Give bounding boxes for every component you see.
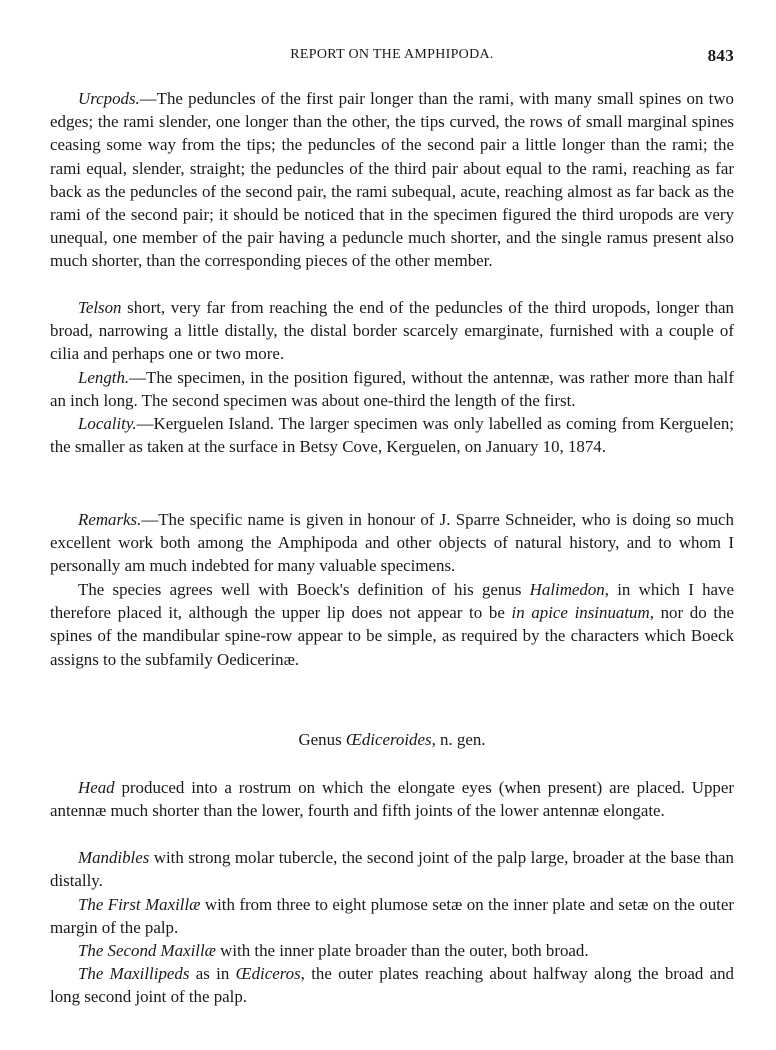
paragraph-head: Head produced into a rostrum on which th…: [50, 776, 734, 822]
label-second-maxillae: The Second Maxillæ: [78, 941, 216, 960]
genus-heading: Genus Œdiceroides, n. gen.: [50, 730, 734, 750]
running-title: REPORT ON THE AMPHIPODA.: [50, 47, 734, 63]
label-length: Length.: [78, 368, 129, 387]
text-maxillipeds-1: as in: [189, 964, 235, 983]
label-mandibles: Mandibles: [78, 848, 149, 867]
label-telson: Telson: [78, 298, 122, 317]
paragraph-maxillipeds: The Maxillipeds as in Œdiceros, the oute…: [50, 962, 734, 1008]
label-first-maxillae: The First Maxillæ: [78, 895, 200, 914]
label-head: Head: [78, 778, 115, 797]
genus-heading-prefix: Genus: [298, 730, 345, 749]
genus-heading-name: Œdiceroides: [346, 730, 432, 749]
paragraph-mandibles: Mandibles with strong molar tubercle, th…: [50, 846, 734, 892]
text-telson: short, very far from reaching the end of…: [50, 298, 734, 363]
label-remarks: Remarks.: [78, 510, 141, 529]
label-uropods: Urcpods.: [78, 89, 140, 108]
text-remarks: —The specific name is given in honour of…: [50, 510, 734, 575]
genus-heading-suffix: , n. gen.: [432, 730, 486, 749]
text-uropods: —The peduncles of the first pair longer …: [50, 89, 734, 270]
label-maxillipeds: The Maxillipeds: [78, 964, 189, 983]
text-second-maxillae: with the inner plate broader than the ou…: [216, 941, 589, 960]
text-mandibles: with strong molar tubercle, the second j…: [50, 848, 734, 890]
text-head: produced into a rostrum on which the elo…: [50, 778, 734, 820]
text-locality: —Kerguelen Island. The larger specimen w…: [50, 414, 734, 456]
running-header: REPORT ON THE AMPHIPODA. 843: [50, 47, 734, 67]
latin-phrase: in apice insinuatum: [512, 603, 650, 622]
paragraph-species: The species agrees well with Boeck's def…: [50, 578, 734, 671]
paragraph-remarks: Remarks.—The specific name is given in h…: [50, 508, 734, 578]
genus-halimedon: Halimedon: [530, 580, 605, 599]
text-species-1: The species agrees well with Boeck's def…: [78, 580, 530, 599]
page-number: 843: [708, 46, 734, 66]
paragraph-locality: Locality.—Kerguelen Island. The larger s…: [50, 412, 734, 458]
paragraph-uropods: Urcpods.—The peduncles of the first pair…: [50, 87, 734, 273]
paragraph-second-maxillae: The Second Maxillæ with the inner plate …: [50, 939, 734, 962]
paragraph-first-maxillae: The First Maxillæ with from three to eig…: [50, 893, 734, 939]
label-locality: Locality.: [78, 414, 137, 433]
genus-oediceros: Œdiceros: [236, 964, 301, 983]
text-length: —The specimen, in the position figured, …: [50, 368, 734, 410]
paragraph-telson: Telson short, very far from reaching the…: [50, 296, 734, 366]
paragraph-length: Length.—The specimen, in the position fi…: [50, 366, 734, 412]
